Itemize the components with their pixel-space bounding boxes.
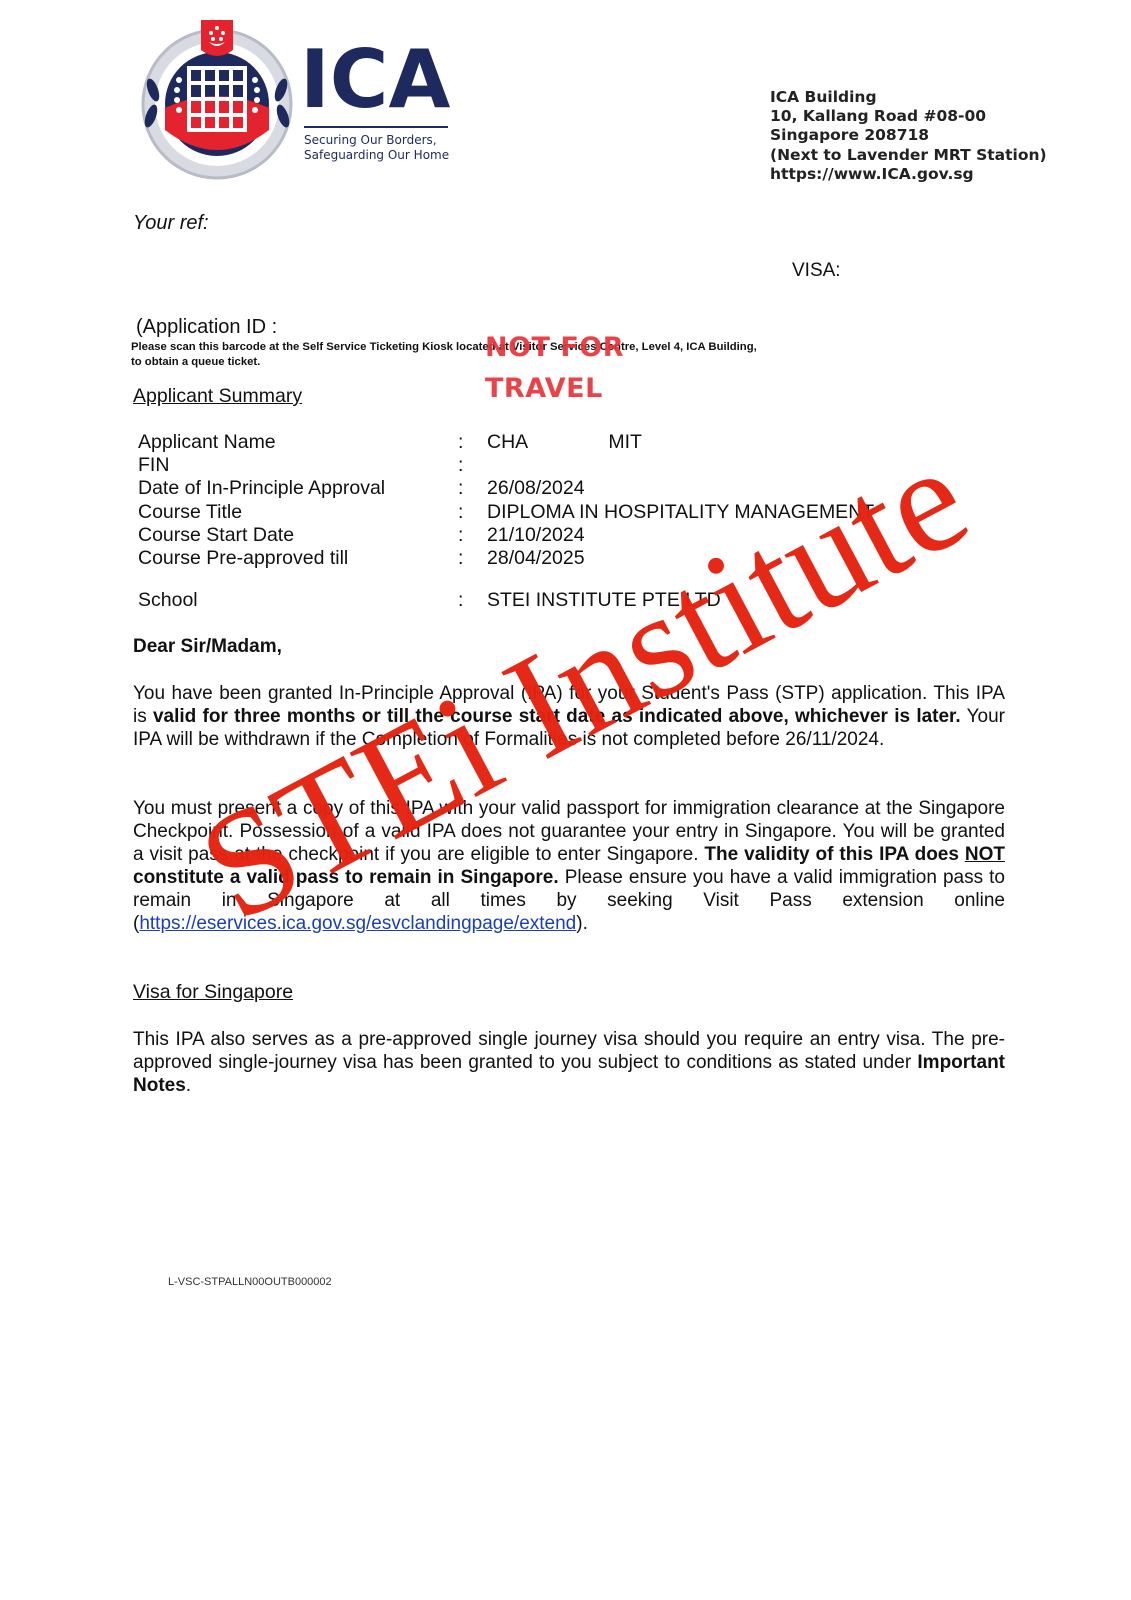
paragraph-immigration-clearance: You must present a copy of this IPA with…: [133, 797, 1005, 935]
row-value: CHA MIT: [487, 431, 642, 454]
row-label: Course Title: [138, 501, 242, 524]
row-value: 28/04/2025: [487, 547, 585, 570]
tagline-line2: Safeguarding Our Home: [304, 148, 449, 163]
row-colon: :: [458, 431, 463, 454]
address-line: 10, Kallang Road #08-00: [770, 107, 1047, 126]
paragraph-ipa-granted: You have been granted In-Principle Appro…: [133, 682, 1005, 751]
visit-pass-extension-link[interactable]: https://eservices.ica.gov.sg/esvclanding…: [139, 913, 576, 934]
ica-crest-icon: [137, 20, 297, 180]
row-colon: :: [458, 524, 463, 547]
address-website[interactable]: https://www.ICA.gov.sg: [770, 165, 1047, 184]
ica-wordmark: ICA: [300, 40, 450, 120]
row-label: Applicant Name: [138, 431, 276, 454]
logo-divider: [304, 126, 448, 128]
barcode-scan-note: Please scan this barcode at the Self Ser…: [131, 340, 757, 369]
row-value: STEI INSTITUTE PTE LTD: [487, 589, 721, 612]
salutation: Dear Sir/Madam,: [133, 636, 282, 658]
address-line: ICA Building: [770, 88, 1047, 107]
address-line: (Next to Lavender MRT Station): [770, 146, 1047, 165]
application-id: (Application ID :: [136, 316, 277, 339]
paragraph-visa: This IPA also serves as a pre-approved s…: [133, 1028, 1005, 1097]
document-code: L-VSC-STPALLN00OUTB000002: [168, 1276, 332, 1288]
row-value: DIPLOMA IN HOSPITALITY MANAGEMENT: [487, 501, 874, 524]
row-colon: :: [458, 477, 463, 500]
not-for-travel-stamp: TRAVEL: [485, 373, 603, 404]
text-run: The validity of this IPA does: [704, 844, 964, 865]
address-line: Singapore 208718: [770, 126, 1047, 145]
visa-for-singapore-heading: Visa for Singapore: [133, 981, 293, 1004]
scan-note-line: to obtain a queue ticket.: [131, 355, 757, 370]
row-value: 26/08/2024: [487, 477, 585, 500]
row-colon: :: [458, 589, 463, 612]
scan-note-line: Please scan this barcode at the Self Ser…: [131, 340, 757, 355]
ica-address: ICA Building 10, Kallang Road #08-00 Sin…: [770, 88, 1047, 184]
row-label: School: [138, 589, 198, 612]
row-value: 21/10/2024: [487, 524, 585, 547]
text-run-bold: valid for three months or till the cours…: [153, 706, 961, 727]
your-ref-label: Your ref:: [133, 212, 209, 235]
text-run-underline: NOT: [965, 844, 1005, 865]
row-colon: :: [458, 501, 463, 524]
text-run: constitute a valid pass to remain in Sin…: [133, 867, 559, 888]
text-run: ).: [576, 913, 588, 934]
applicant-summary-heading: Applicant Summary: [133, 385, 302, 408]
row-label: FIN: [138, 454, 169, 477]
tagline-line1: Securing Our Borders,: [304, 133, 449, 148]
row-colon: :: [458, 547, 463, 570]
row-colon: :: [458, 454, 463, 477]
ica-tagline: Securing Our Borders, Safeguarding Our H…: [304, 133, 449, 163]
text-run: This IPA also serves as a pre-approved s…: [133, 1029, 1005, 1073]
text-run: .: [186, 1075, 191, 1096]
row-label: Date of In-Principle Approval: [138, 477, 385, 500]
visa-label: VISA:: [792, 260, 841, 282]
not-for-travel-stamp: NOT FOR: [485, 332, 624, 363]
row-label: Course Start Date: [138, 524, 294, 547]
row-label: Course Pre-approved till: [138, 547, 348, 570]
